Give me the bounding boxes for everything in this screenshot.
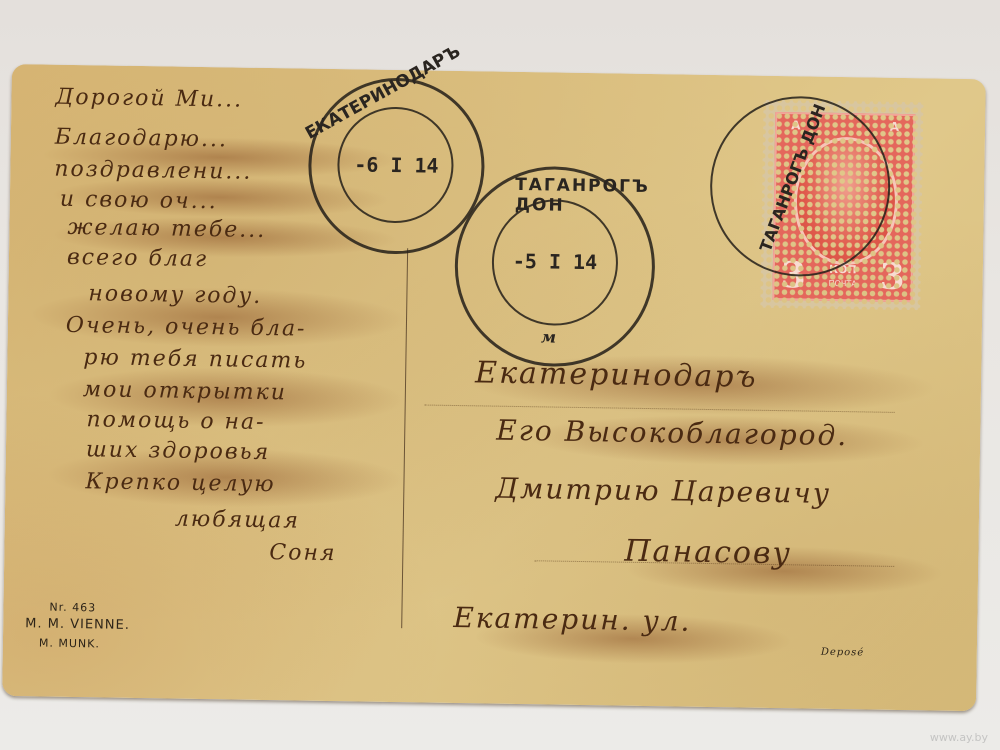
card-number: Nr. 463	[49, 601, 96, 615]
postcard-back: Дорогой Ми... Благодарю... поздравлени..…	[2, 64, 986, 711]
message-line: новому году.	[88, 281, 262, 309]
artist-name: M. MUNK.	[39, 636, 100, 650]
message-line: Дорогой Ми...	[55, 85, 243, 113]
stamp-label: ПОЧТА	[819, 279, 867, 289]
postmark-ring-text: ТАГАНРОГЪ ДОН	[756, 101, 830, 254]
address-surname: Панасову	[624, 534, 792, 572]
message-line: помощь о на-	[86, 407, 266, 435]
message-line: мои открытки	[83, 377, 287, 405]
postmark-suffix: м	[541, 327, 557, 346]
stamp-corner-letter: А	[890, 120, 900, 134]
watermark: www.ay.by	[930, 731, 988, 744]
message-line: Благодарю...	[55, 125, 229, 153]
message-line: Очень, очень бла-	[66, 313, 307, 342]
address-street: Екатерин. ул.	[453, 601, 692, 638]
message-line: рю тебя писать	[83, 345, 307, 374]
address-honorific: Его Высокоблагород.	[496, 414, 848, 453]
center-divider-line	[401, 248, 408, 628]
postmark-ring-text: ТАГАНРОГЪ ДОН	[515, 175, 654, 217]
postmark-date: -5 I 14	[458, 248, 652, 275]
message-line: поздравлени...	[54, 157, 252, 185]
message-line: и свою оч...	[60, 187, 218, 214]
copyright-mark: Deposé	[821, 647, 865, 659]
message-line: всего благ	[67, 245, 209, 272]
postmark-date: -6 I 14	[311, 152, 481, 179]
message-line: Крепко целую	[85, 469, 276, 497]
address-name: Дмитрию Царевичу	[495, 472, 831, 510]
stamp-value: 3	[879, 256, 905, 298]
address-city: Екатеринодаръ	[475, 355, 758, 394]
message-line: желаю тебе...	[67, 215, 266, 243]
postmark-ekaterinodar: ЕКАТЕРИНОДАРЪ -6 I 14	[307, 77, 486, 256]
postmark-taganrog: ТАГАНРОГЪ ДОН -5 I 14 м	[453, 165, 656, 368]
message-signoff: любящая	[175, 507, 300, 534]
message-line: ших здоровья	[86, 437, 271, 465]
publisher-name: M. M. VIENNE.	[25, 616, 130, 633]
signature: Соня	[269, 540, 337, 566]
